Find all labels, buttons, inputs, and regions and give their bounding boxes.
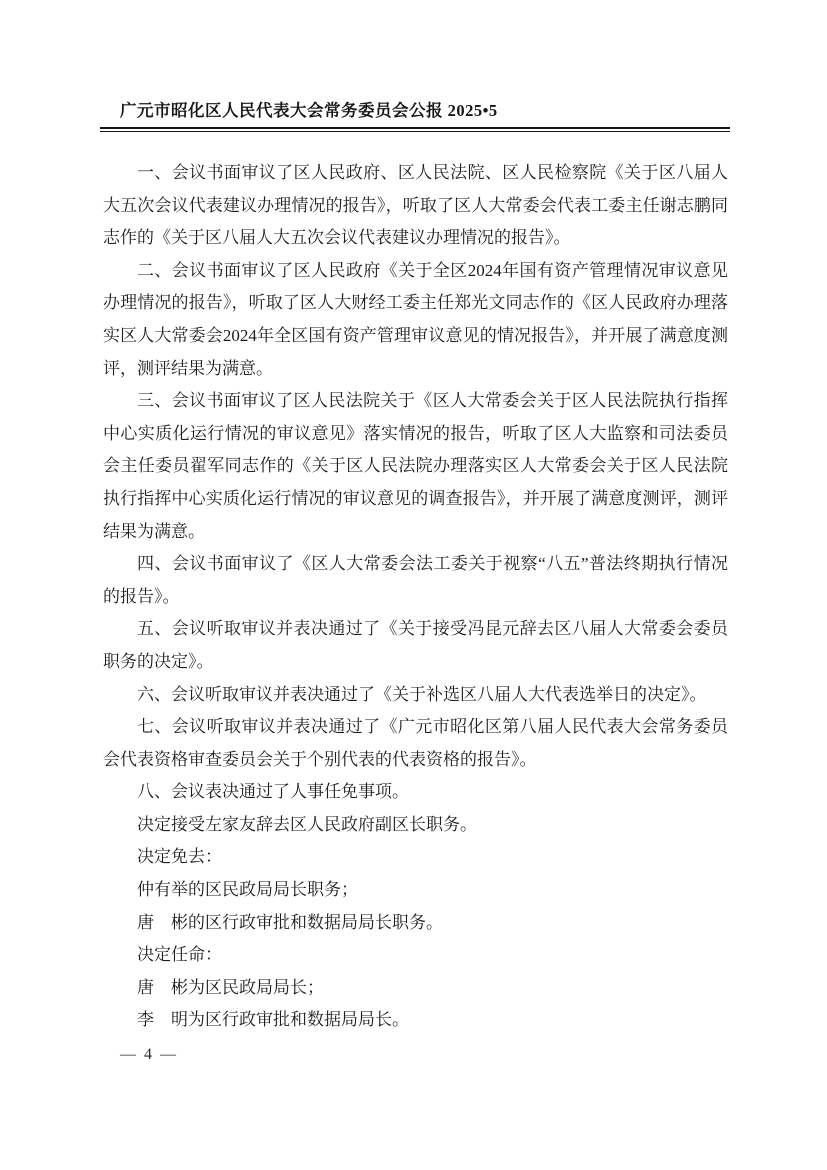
page-header: 广元市昭化区人民代表大会常务委员会公报 2025•5: [100, 100, 730, 132]
document-body: 一、会议书面审议了区人民政府、区人民法院、区人民检察院《关于区八届人大五次会议代…: [103, 157, 728, 1037]
paragraph-decision-resignation: 决定接受左家友辞去区人民政府副区长职务。: [103, 809, 728, 842]
paragraph-appointment-heading: 决定任命：: [103, 939, 728, 972]
paragraph-item-7: 七、会议听取审议并表决通过了《广元市昭化区第八届人民代表大会常务委员会代表资格审…: [103, 711, 728, 776]
paragraph-item-4: 四、会议书面审议了《区人大常委会法工委关于视察“八五”普法终期执行情况的报告》。: [103, 548, 728, 613]
header-double-rule: [100, 127, 730, 132]
paragraph-dismissal-heading: 决定免去：: [103, 841, 728, 874]
paragraph-appointment-1: 唐 彬为区民政局局长；: [103, 972, 728, 1005]
paragraph-appointment-2: 李 明为区行政审批和数据局局长。: [103, 1004, 728, 1037]
document-page: 广元市昭化区人民代表大会常务委员会公报 2025•5 一、会议书面审议了区人民政…: [0, 0, 827, 1170]
paragraph-item-3: 三、会议书面审议了区人民法院关于《区人大常委会关于区人民法院执行指挥中心实质化运…: [103, 385, 728, 548]
page-footer: — 4 —: [120, 1044, 178, 1066]
paragraph-dismissal-1: 仲有举的区民政局局长职务；: [103, 874, 728, 907]
bulletin-header-title: 广元市昭化区人民代表大会常务委员会公报 2025•5: [100, 100, 730, 122]
paragraph-item-8: 八、会议表决通过了人事任免事项。: [103, 776, 728, 809]
paragraph-item-2: 二、会议书面审议了区人民政府《关于全区2024年国有资产管理情况审议意见办理情况…: [103, 255, 728, 385]
paragraph-item-6: 六、会议听取审议并表决通过了《关于补选区八届人大代表选举日的决定》。: [103, 679, 728, 712]
paragraph-dismissal-2: 唐 彬的区行政审批和数据局局长职务。: [103, 907, 728, 940]
paragraph-item-5: 五、会议听取审议并表决通过了《关于接受冯昆元辞去区八届人大常委会委员职务的决定》…: [103, 613, 728, 678]
paragraph-item-1: 一、会议书面审议了区人民政府、区人民法院、区人民检察院《关于区八届人大五次会议代…: [103, 157, 728, 255]
page-number: — 4 —: [120, 1046, 178, 1063]
